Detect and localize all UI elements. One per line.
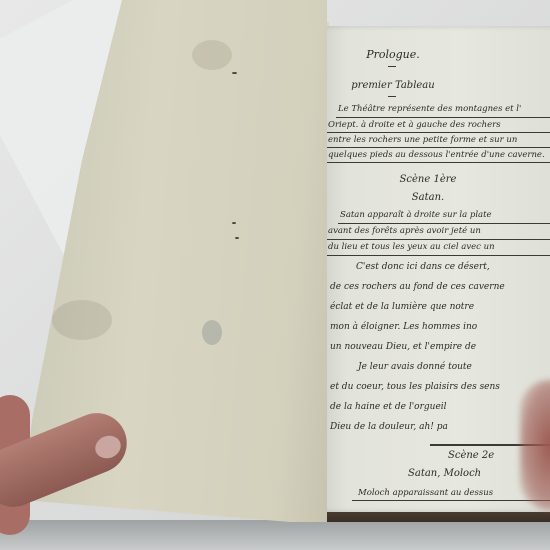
speech-line: mon à éloigner. Les hommes ino [330, 322, 477, 332]
underline [338, 223, 550, 224]
scene-1-title: Scène 1ère [378, 174, 478, 185]
speech-line: un nouveau Dieu, et l'empire de [330, 342, 476, 352]
underline [326, 162, 550, 163]
speech-line: de la haine et de l'orgueil [330, 402, 447, 412]
speech-line: de ces rochers au fond de ces caverne [330, 282, 505, 292]
paper-speck [235, 237, 239, 239]
speech-line: et du coeur, tous les plaisirs des sens [330, 382, 500, 392]
paper-stain [202, 320, 222, 345]
scene-1-character: Satan. [378, 192, 478, 203]
speech-line: C'est donc ici dans ce désert, [356, 262, 490, 272]
underline [326, 147, 550, 148]
blurred-finger [520, 380, 550, 510]
scene-2-characters: Satan, Moloch [408, 468, 481, 479]
paper-speck [232, 222, 236, 224]
underline [326, 239, 550, 240]
paper-stain [52, 300, 112, 340]
paper-stain [192, 40, 232, 70]
stage-direction-line: quelques pieds au dessous l'entrée d'une… [328, 150, 545, 160]
speech-line: éclat et de la lumière que notre [330, 302, 474, 312]
manuscript-page-right: Prologue. premier Tableau Le Théâtre rep… [318, 26, 550, 512]
paper-speck [232, 72, 237, 74]
divider [388, 96, 396, 97]
scene-2-title: Scène 2e [448, 450, 494, 461]
stage-direction-line: du lieu et tous les yeux au ciel avec un [328, 242, 495, 252]
tableau-subheading: premier Tableau [318, 80, 468, 91]
table-surface [0, 520, 550, 550]
stage-direction-line: entre les rochers une petite forme et su… [328, 135, 517, 145]
underline [352, 500, 550, 501]
underline [336, 117, 550, 118]
photo-scene: Prologue. premier Tableau Le Théâtre rep… [0, 0, 550, 550]
stage-direction-line: avant des forêts après avoir jeté un [328, 226, 481, 236]
stage-direction-line: Le Théâtre représente des montagnes et l… [338, 104, 521, 114]
stage-direction-line: Oriept. à droite et à gauche des rochers [328, 120, 501, 130]
divider [388, 66, 396, 67]
underline [326, 255, 550, 256]
stage-direction-line: Moloch apparaissant au dessus [358, 488, 493, 498]
speech-line: Dieu de la douleur, ah! pa [330, 422, 448, 432]
stage-direction-line: Satan apparaît à droite sur la plate [340, 210, 492, 220]
underline [326, 132, 550, 133]
speech-line: Je leur avais donné toute [358, 362, 472, 372]
prologue-heading: Prologue. [318, 48, 468, 61]
